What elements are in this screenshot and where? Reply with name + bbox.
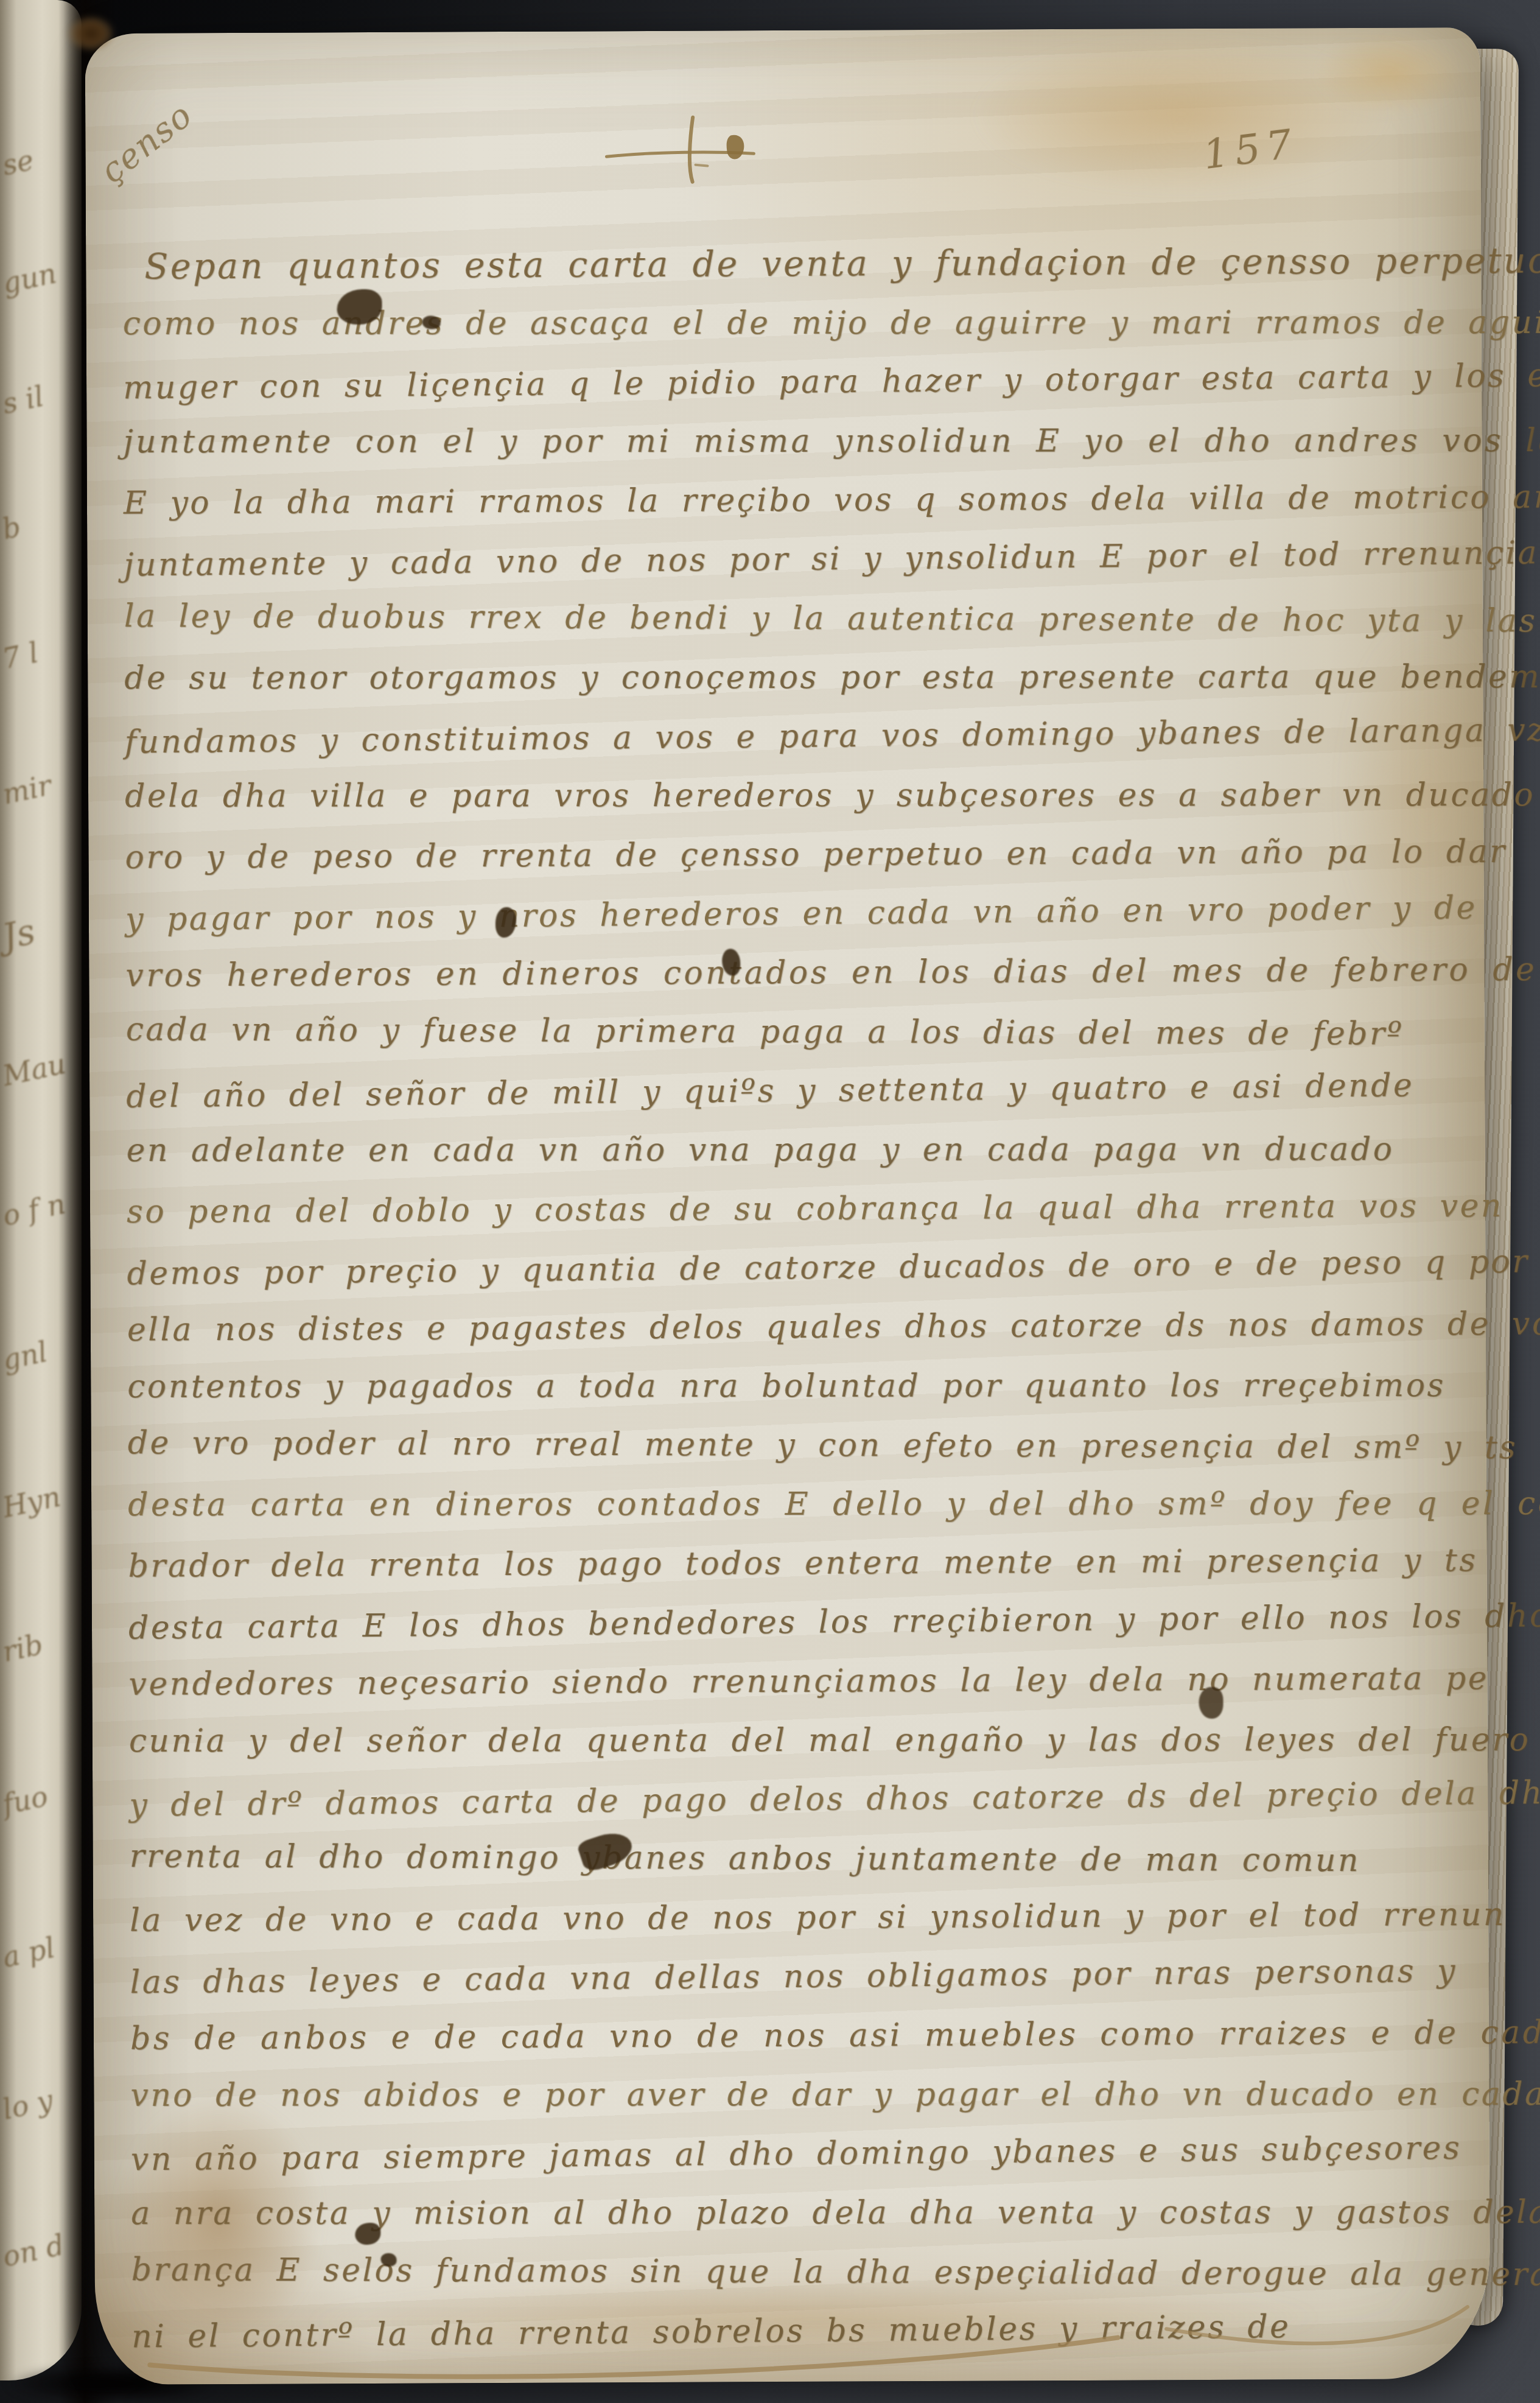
manuscript-line: juntamente con el y por mi misma ynsolid…	[123, 412, 1450, 472]
manuscript-line: cunia y del señor dela quenta del mal en…	[129, 1711, 1456, 1771]
manuscript-line: vno de nos abidos e por aver de dar y pa…	[130, 2065, 1457, 2125]
ink-blot	[422, 315, 441, 329]
manuscript-line: cada vn año y fuese la primera paga a lo…	[126, 1000, 1453, 1064]
manuscript-text-block: Sepan quantos esta carta de venta y fund…	[122, 232, 1458, 2363]
manuscript-line: en adelante en cada vn año vna paga y en…	[127, 1120, 1454, 1180]
stain-top-right-corner	[1297, 21, 1486, 125]
folio-number: 157	[1200, 120, 1300, 178]
manuscript-line: de vro poder al nro rreal mente y con ef…	[128, 1414, 1455, 1478]
manuscript-line: rrenta al dho domingo ybanes anbos junta…	[130, 1827, 1457, 1891]
manuscript-line: juntamente y cada vno de nos por si y yn…	[124, 524, 1451, 595]
manuscript-line: brança E selos fundamos sin que la dha e…	[131, 2240, 1458, 2304]
photograph-background: se gun s il b 7 l mir Js Mau o f n gnl H…	[0, 0, 1540, 2403]
manuscript-line: las dhas leyes e cada vna dellas nos obl…	[130, 1942, 1457, 2012]
facing-page-text-fragment: a pl	[0, 1931, 58, 1974]
manuscript-line: muger con su liçençia q le pidio para ha…	[123, 347, 1451, 418]
facing-page-text-fragment: gun	[0, 256, 59, 300]
ink-flourish	[131, 2298, 1483, 2390]
manuscript-line: demos por preçio y quantia de catorze du…	[127, 1233, 1454, 1303]
manuscript-line: brador dela rrenta los pago todos entera…	[128, 1531, 1455, 1596]
manuscript-line: contentos y pagados a toda nra boluntad …	[127, 1356, 1454, 1417]
stain-top-right	[906, 9, 1455, 219]
manuscript-line: vendedores neçesario siendo rrenunçiamos…	[128, 1649, 1455, 1714]
manuscript-line: del año del señor de mill y quiºs y sett…	[126, 1056, 1454, 1126]
manuscript-line: bs de anbos e de cada vno de nos asi mue…	[130, 2004, 1457, 2069]
manuscript-line: desta carta en dineros contados E dello …	[128, 1475, 1455, 1535]
manuscript-line: y del drº damos carta de pago delos dhos…	[129, 1764, 1457, 1835]
manuscript-line: fundamos y constituimos a vos e para vos…	[124, 701, 1452, 772]
facing-page-text-fragment: b	[0, 510, 24, 546]
facing-page-text-fragment: mir	[0, 768, 54, 811]
facing-page-text-fragment: 7 l	[0, 636, 41, 675]
manuscript-line: Sepan quantos esta carta de venta y fund…	[122, 232, 1449, 297]
facing-page-text-fragment: Js	[0, 910, 39, 958]
manuscript-line: desta carta E los dhos bendedores los rr…	[128, 1587, 1456, 1658]
invocation-cross-icon	[600, 111, 771, 191]
facing-page-text-fragment: gnl	[0, 1335, 51, 1377]
manuscript-line: como nos andres de ascaça el de mijo de …	[123, 293, 1450, 354]
manuscript-line: la ley de duobus rrex de bendi y la aute…	[124, 587, 1451, 651]
facing-page-text-fragment: s il	[0, 380, 47, 421]
manuscript-line: a nra costa y mision al dho plazo dela d…	[131, 2183, 1458, 2243]
manuscript-line: so pena del doblo y costas de su cobranç…	[127, 1177, 1454, 1242]
manuscript-line: oro y de peso de rrenta de çensso perpet…	[125, 823, 1452, 888]
manuscript-line: vn año para siempre jamas al dho domingo…	[130, 2119, 1458, 2189]
facing-page-text-fragment: rib	[0, 1628, 46, 1669]
manuscript-line: la vez de vno e cada vno de nos por si y…	[130, 1886, 1457, 1951]
ink-blot	[1199, 1687, 1223, 1719]
facing-page-text-fragment: fuo	[0, 1780, 51, 1821]
manuscript-line: y pagar por nos y nros herederos en cada…	[125, 879, 1453, 949]
margin-note: çenso	[93, 95, 200, 191]
facing-page-text-fragment: Hyn	[0, 1480, 63, 1524]
facing-page-text-fragment: se	[0, 143, 37, 181]
manuscript-line: ella nos distes e pagastes delos quales …	[127, 1295, 1454, 1360]
facing-page-text-fragment: lo y	[0, 2083, 56, 2126]
manuscript-line: vros herederos en dineros contados en lo…	[125, 941, 1452, 1006]
manuscript-page: çenso 157 Sepan quantos esta carta de ve…	[85, 27, 1491, 2385]
manuscript-line: de su tenor otorgamos y conoçemos por es…	[124, 648, 1451, 708]
ink-blot	[722, 949, 740, 975]
ink-blot	[380, 2253, 396, 2267]
manuscript-line: dela dha villa e para vros herederos y s…	[125, 766, 1452, 826]
manuscript-line: E yo la dha mari rramos la rreçibo vos q…	[124, 468, 1451, 533]
